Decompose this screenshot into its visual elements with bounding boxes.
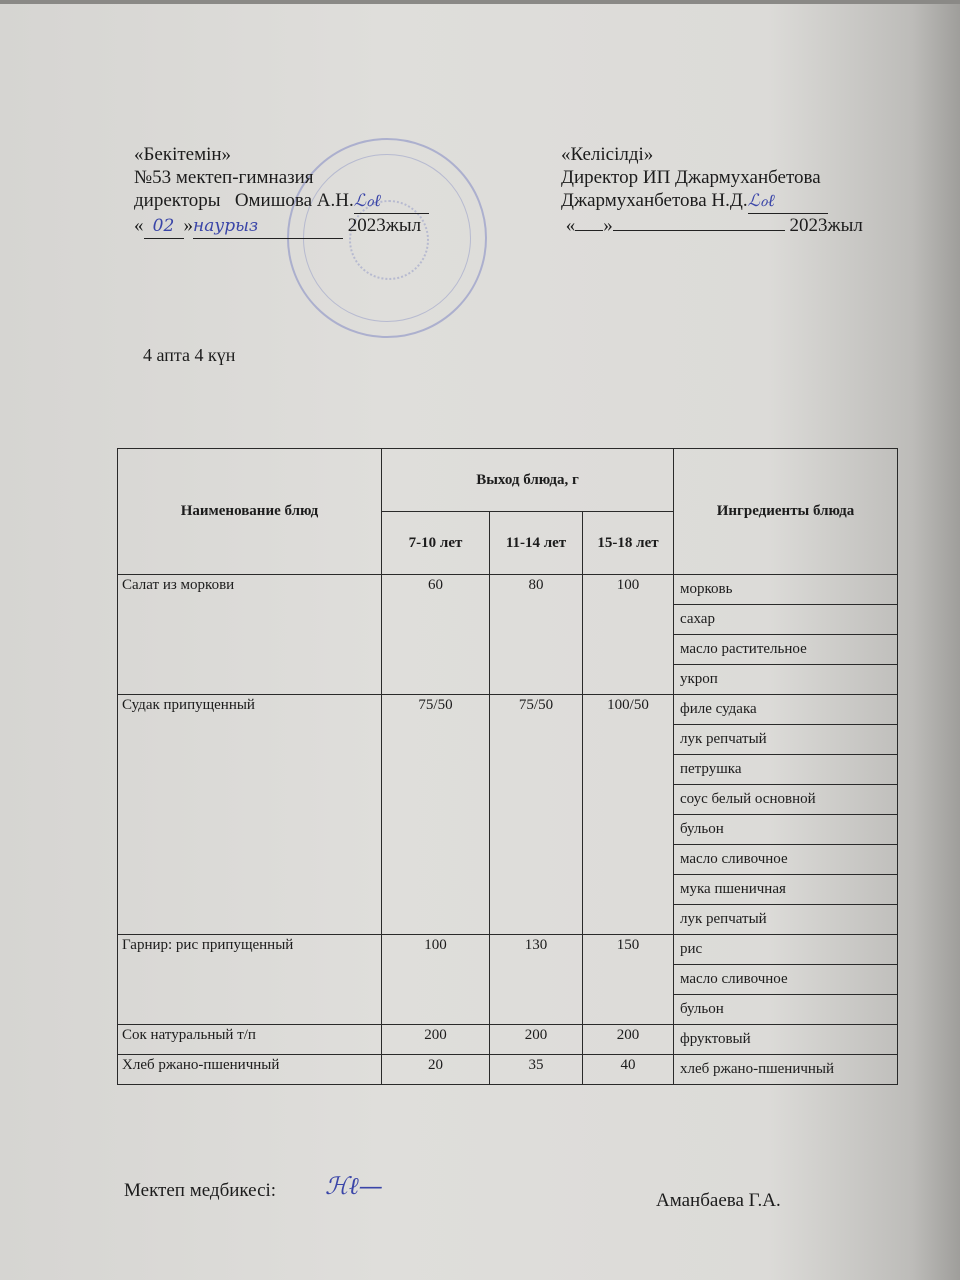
- ingredient: масло сливочное: [674, 965, 898, 995]
- yield-value: 150: [583, 935, 674, 1025]
- yield-value: 200: [583, 1025, 674, 1055]
- header-ingredients: Ингредиенты блюда: [674, 449, 898, 575]
- table-row: Хлеб ржано-пшеничный203540хлеб ржано-пше…: [118, 1055, 898, 1085]
- table-row: Судак припущенный75/5075/50100/50филе су…: [118, 695, 898, 725]
- table-row: Салат из моркови6080100морковь: [118, 575, 898, 605]
- agreed-name: Джармуханбетова Н.Д.ℒℴℓ: [561, 189, 863, 214]
- yield-value: 40: [583, 1055, 674, 1085]
- table-row: Сок натуральный т/п200200200фруктовый: [118, 1025, 898, 1055]
- ingredient: масло растительное: [674, 635, 898, 665]
- yield-value: 35: [490, 1055, 583, 1085]
- dish-name: Сок натуральный т/п: [118, 1025, 382, 1055]
- ingredient: масло сливочное: [674, 845, 898, 875]
- dish-name: Гарнир: рис припущенный: [118, 935, 382, 1025]
- signature-icon: ℋℓ—: [325, 1172, 383, 1201]
- yield-value: 60: [382, 575, 490, 695]
- school-name: №53 мектеп-гимназия: [134, 166, 429, 189]
- director-name: директоры Омишова А.Н.ℒℴℓ: [134, 189, 429, 214]
- yield-value: 200: [490, 1025, 583, 1055]
- yield-value: 130: [490, 935, 583, 1025]
- ingredient: фруктовый: [674, 1025, 898, 1055]
- header-age-15-18: 15-18 лет: [583, 512, 674, 575]
- header-dish-name: Наименование блюд: [118, 449, 382, 575]
- yield-value: 200: [382, 1025, 490, 1055]
- approval-title: «Бекітемін»: [134, 143, 429, 166]
- ingredient: лук репчатый: [674, 725, 898, 755]
- ingredient: бульон: [674, 995, 898, 1025]
- week-day-label: 4 апта 4 күн: [143, 345, 235, 366]
- ingredient: укроп: [674, 665, 898, 695]
- signature-line: ℒℴℓ: [354, 189, 429, 214]
- ingredient: мука пшеничная: [674, 875, 898, 905]
- dish-name: Салат из моркови: [118, 575, 382, 695]
- yield-value: 75/50: [382, 695, 490, 935]
- agreed-date: «» 2023жыл: [561, 214, 863, 237]
- yield-value: 100: [583, 575, 674, 695]
- yield-value: 80: [490, 575, 583, 695]
- ingredient: соус белый основной: [674, 785, 898, 815]
- dish-name: Судак припущенный: [118, 695, 382, 935]
- paper-edge: [0, 0, 960, 4]
- agreed-position: Директор ИП Джармуханбетова: [561, 166, 863, 189]
- signature-icon: ℒℴℓ: [748, 191, 775, 211]
- ingredient: лук репчатый: [674, 905, 898, 935]
- approval-block-left: «Бекітемін» №53 мектеп-гимназия директор…: [134, 143, 429, 239]
- yield-value: 100/50: [583, 695, 674, 935]
- yield-value: 100: [382, 935, 490, 1025]
- signature-icon: ℒℴℓ: [354, 191, 381, 211]
- approval-date: «02»наурыз 2023жыл: [134, 214, 429, 239]
- ingredient: сахар: [674, 605, 898, 635]
- header-age-7-10: 7-10 лет: [382, 512, 490, 575]
- agreed-title: «Келісілді»: [561, 143, 863, 166]
- dish-name: Хлеб ржано-пшеничный: [118, 1055, 382, 1085]
- ingredient: хлеб ржано-пшеничный: [674, 1055, 898, 1085]
- ingredient: рис: [674, 935, 898, 965]
- table-row: Гарнир: рис припущенный100130150рис: [118, 935, 898, 965]
- nurse-label: Мектеп медбикесі:: [124, 1180, 276, 1202]
- nurse-name: Аманбаева Г.А.: [656, 1190, 781, 1212]
- ingredient: филе судака: [674, 695, 898, 725]
- header-yield: Выход блюда, г: [382, 449, 674, 512]
- approval-block-right: «Келісілді» Директор ИП Джармуханбетова …: [561, 143, 863, 237]
- ingredient: морковь: [674, 575, 898, 605]
- yield-value: 75/50: [490, 695, 583, 935]
- ingredient: бульон: [674, 815, 898, 845]
- header-age-11-14: 11-14 лет: [490, 512, 583, 575]
- yield-value: 20: [382, 1055, 490, 1085]
- menu-table: Наименование блюд Выход блюда, г Ингреди…: [117, 448, 898, 1085]
- ingredient: петрушка: [674, 755, 898, 785]
